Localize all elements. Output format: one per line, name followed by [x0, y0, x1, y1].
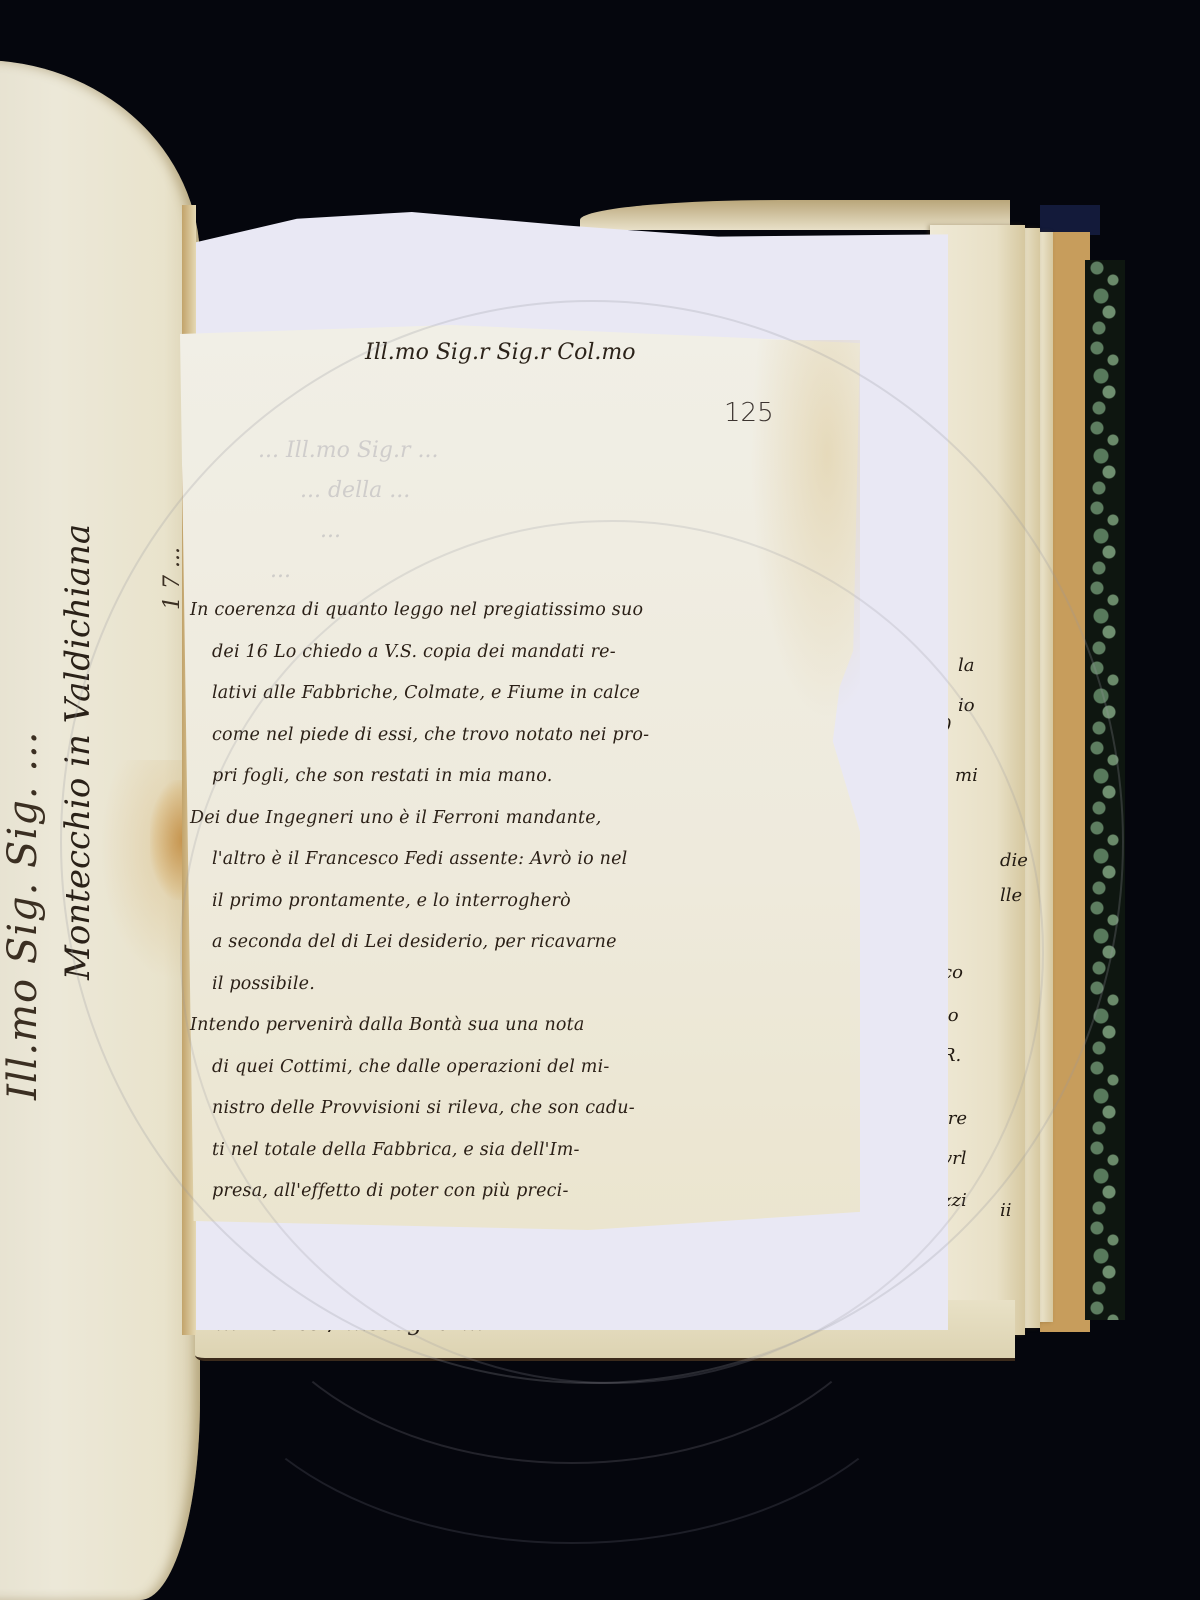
left-page-address-line-2: Ill.mo Sig. Sig. ...: [0, 731, 46, 1100]
page-fragment: ii: [1000, 1200, 1012, 1221]
binding-cover-edge: [1040, 205, 1100, 235]
watermark-ring: [200, 1080, 944, 1544]
